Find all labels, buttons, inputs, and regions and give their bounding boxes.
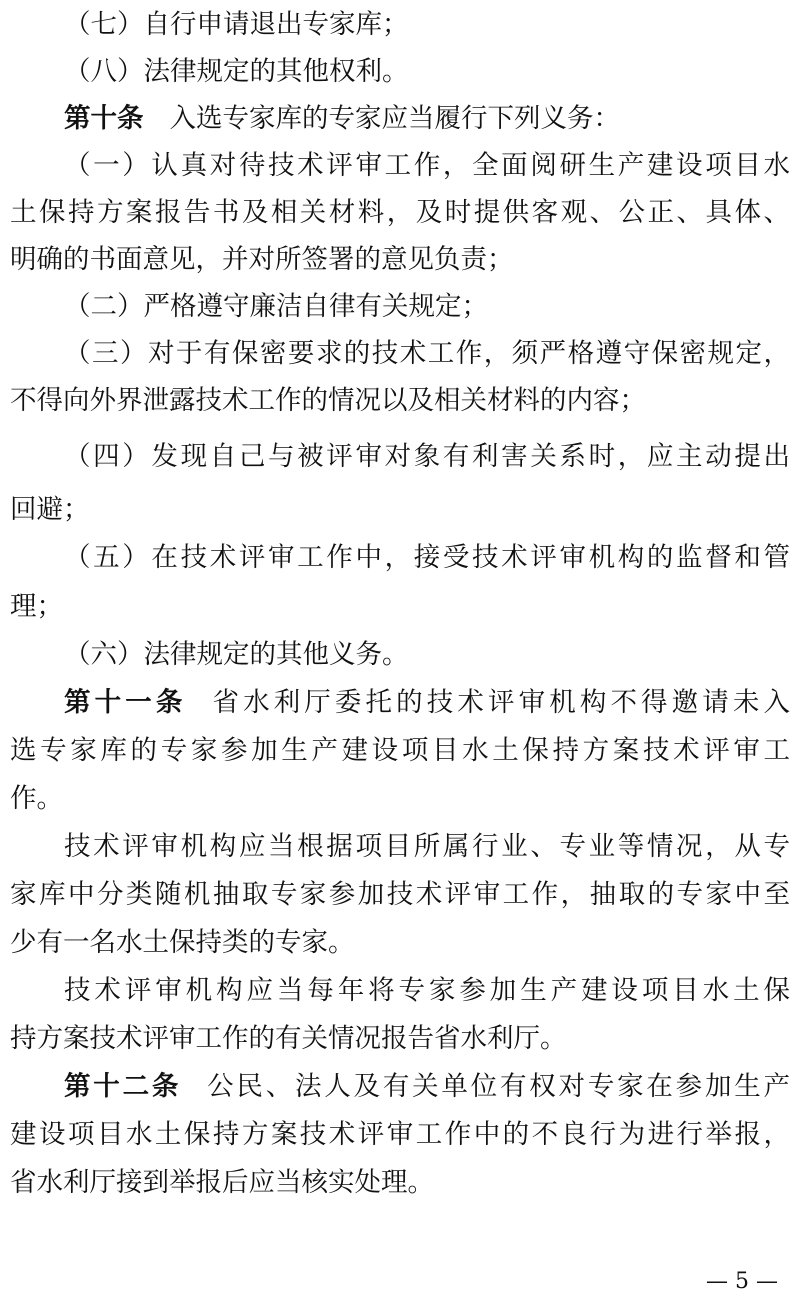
article-11-para-2-line-3: 少有一名水土保持类的专家。 xyxy=(10,923,355,963)
duty-item-3-line-1: （三）对于有保密要求的技术工作，须严格遵守保密规定， xyxy=(64,334,790,374)
article-11-text: 省水利厅委托的技术评审机构不得邀请未入 xyxy=(212,687,790,718)
article-12-text: 公民、法人及有关单位有权对专家在参加生产 xyxy=(207,1071,790,1102)
duty-item-5-line-1: （五）在技术评审工作中，接受技术评审机构的监督和管 xyxy=(64,538,790,578)
article-12-line-2: 建设项目水土保持方案技术评审工作中的不良行为进行举报， xyxy=(10,1115,790,1155)
duty-item-1-line-2: 土保持方案报告书及相关材料，及时提供客观、公正、具体、 xyxy=(10,193,790,233)
article-11-label: 第十一条 xyxy=(64,687,186,718)
article-10-text: 入选专家库的专家应当履行下列义务： xyxy=(170,103,621,134)
duty-item-1-line-3: 明确的书面意见，并对所签署的意见负责； xyxy=(10,240,514,280)
duty-item-5-line-2: 理； xyxy=(10,587,63,627)
article-11-para-3-line-1: 技术评审机构应当每年将专家参加生产建设项目水土保 xyxy=(64,971,790,1011)
duty-item-2: （二）严格遵守廉洁自律有关规定； xyxy=(64,287,488,327)
article-12-heading-line: 第十二条公民、法人及有关单位有权对专家在参加生产 xyxy=(64,1067,790,1107)
list-item-7: （七）自行申请退出专家库； xyxy=(64,5,409,45)
list-item-8: （八）法律规定的其他权利。 xyxy=(64,52,409,92)
article-11-para-2-line-1: 技术评审机构应当根据项目所属行业、专业等情况，从专 xyxy=(64,827,790,867)
article-11-para-3-line-2: 持方案技术评审工作的有关情况报告省水利厅。 xyxy=(10,1019,567,1059)
article-12-label: 第十二条 xyxy=(64,1071,181,1102)
article-11-heading-line: 第十一条省水利厅委托的技术评审机构不得邀请未入 xyxy=(64,683,790,723)
article-11-para-2-line-2: 家库中分类随机抽取专家参加技术评审工作，抽取的专家中至 xyxy=(10,875,790,915)
page-number: — 5 — xyxy=(706,1262,778,1302)
article-12-line-3: 省水利厅接到举报后应当核实处理。 xyxy=(10,1163,434,1203)
article-10-label: 第十条 xyxy=(64,103,144,134)
duty-item-1-line-1: （一）认真对待技术评审工作，全面阅研生产建设项目水 xyxy=(64,146,790,186)
article-10-heading-line: 第十条入选专家库的专家应当履行下列义务： xyxy=(64,99,620,139)
duty-item-3-line-2: 不得向外界泄露技术工作的情况以及相关材料的内容； xyxy=(10,381,646,421)
article-11-line-3: 作。 xyxy=(10,779,63,819)
article-11-line-2: 选专家库的专家参加生产建设项目水土保持方案技术评审工 xyxy=(10,731,790,771)
duty-item-6: （六）法律规定的其他义务。 xyxy=(64,635,409,675)
duty-item-4-line-2: 回避； xyxy=(10,490,90,530)
duty-item-4-line-1: （四）发现自己与被评审对象有利害关系时，应主动提出 xyxy=(64,437,790,477)
